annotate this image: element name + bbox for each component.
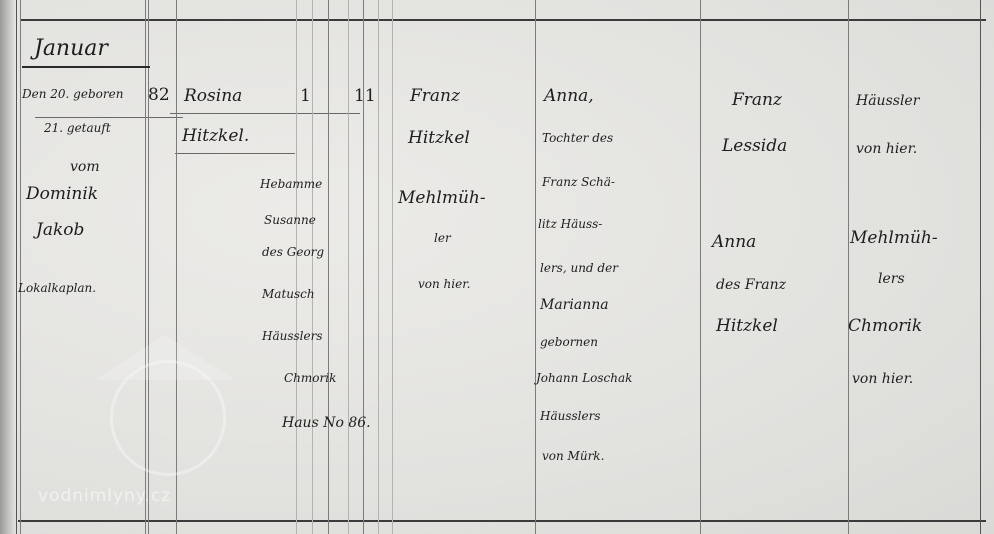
father-line: Mehlmüh- xyxy=(398,190,486,207)
godparent-line: Anna xyxy=(712,234,756,251)
column-rule xyxy=(328,0,329,534)
column-rule xyxy=(980,0,981,534)
child-surname: Hitzkel. xyxy=(182,128,249,145)
midwife-line: des Georg xyxy=(262,246,324,258)
baptism-date: 21. getauft xyxy=(44,122,111,134)
midwife-line: Matusch xyxy=(262,288,315,300)
month-heading: Januar xyxy=(34,38,108,60)
godparent-status-line: von hier. xyxy=(856,142,917,156)
priest-name-1: Dominik xyxy=(26,186,98,203)
midwife-line: Haus No 86. xyxy=(282,416,371,430)
mother-line: Franz Schä- xyxy=(542,176,615,188)
birth-date: Den 20. geboren xyxy=(22,88,123,100)
mother-line: Anna, xyxy=(544,88,594,105)
godparent-status-line: Häussler xyxy=(856,94,919,108)
child-first-name: Rosina xyxy=(184,88,242,105)
godparent-line: Franz xyxy=(732,92,782,109)
column-rule xyxy=(378,0,379,534)
month-underline xyxy=(22,66,150,68)
top-row-rule xyxy=(20,19,986,21)
godparent-status-line: lers xyxy=(878,272,905,286)
father-line: Hitzkel xyxy=(408,130,470,147)
column-rule xyxy=(16,0,17,534)
column-rule xyxy=(700,0,701,534)
mother-line: Marianna xyxy=(540,298,609,312)
mother-line: lers, und der xyxy=(540,262,618,274)
name-separator-rule xyxy=(170,113,360,114)
baptized-by-prefix: vom xyxy=(70,160,100,174)
priest-title: Lokalkaplan. xyxy=(18,282,96,294)
house-number: 82 xyxy=(148,87,170,104)
priest-name-2: Jakob xyxy=(36,222,84,239)
sex-mark: 11 xyxy=(354,88,376,105)
midwife-line: Susanne xyxy=(264,214,316,226)
watermark-text: vodnimlyny.cz xyxy=(38,486,171,506)
mother-line: von Mürk. xyxy=(542,450,604,462)
column-rule xyxy=(312,0,313,534)
midwife-line: Häusslers xyxy=(262,330,323,342)
father-line: ler xyxy=(434,232,451,244)
column-rule xyxy=(535,0,536,534)
godparent-status-line: Mehlmüh- xyxy=(850,230,938,247)
column-rule xyxy=(363,0,364,534)
midwife-line: Chmorik xyxy=(284,372,336,384)
midwife-line: Hebamme xyxy=(260,178,322,190)
mother-line: Tochter des xyxy=(542,132,613,144)
godparent-status-line: Chmorik xyxy=(848,318,922,335)
godparent-line: Lessida xyxy=(722,138,787,155)
father-line: Franz xyxy=(410,88,460,105)
column-rule xyxy=(20,0,21,534)
mother-line: litz Häuss- xyxy=(538,218,602,230)
watermark-logo-gear-icon xyxy=(110,360,226,476)
mother-line: Häusslers xyxy=(540,410,601,422)
book-binding-shadow xyxy=(0,0,14,534)
godparent-status-line: von hier. xyxy=(852,372,913,386)
mother-line: Johann Loschak xyxy=(536,372,632,384)
bottom-row-rule xyxy=(18,520,986,522)
column-rule xyxy=(848,0,849,534)
father-line: von hier. xyxy=(418,278,470,290)
mother-line: gebornen xyxy=(540,336,598,348)
religion-mark: 1 xyxy=(300,88,311,105)
surname-separator-rule xyxy=(175,153,295,154)
column-rule xyxy=(392,0,393,534)
godparent-line: Hitzkel xyxy=(716,318,778,335)
date-separator-rule xyxy=(35,117,183,118)
godparent-line: des Franz xyxy=(716,278,786,292)
column-rule xyxy=(296,0,297,534)
column-rule xyxy=(348,0,349,534)
register-page: Januar Den 20. geboren 21. getauft vom D… xyxy=(0,0,994,534)
